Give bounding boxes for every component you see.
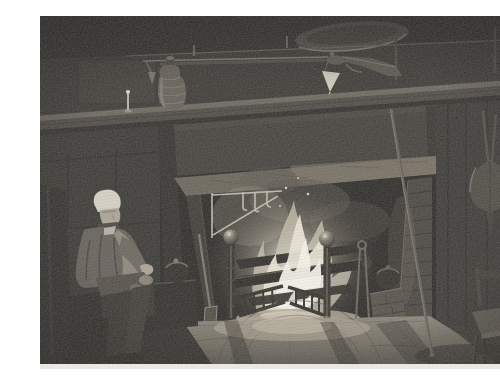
engraving-grain	[40, 16, 500, 364]
engraving-print: An old white-haired man sits in a dark c…	[40, 16, 500, 369]
engraving-canvas: An old white-haired man sits in a dark c…	[40, 16, 500, 369]
paper-margin-strip	[40, 364, 500, 369]
